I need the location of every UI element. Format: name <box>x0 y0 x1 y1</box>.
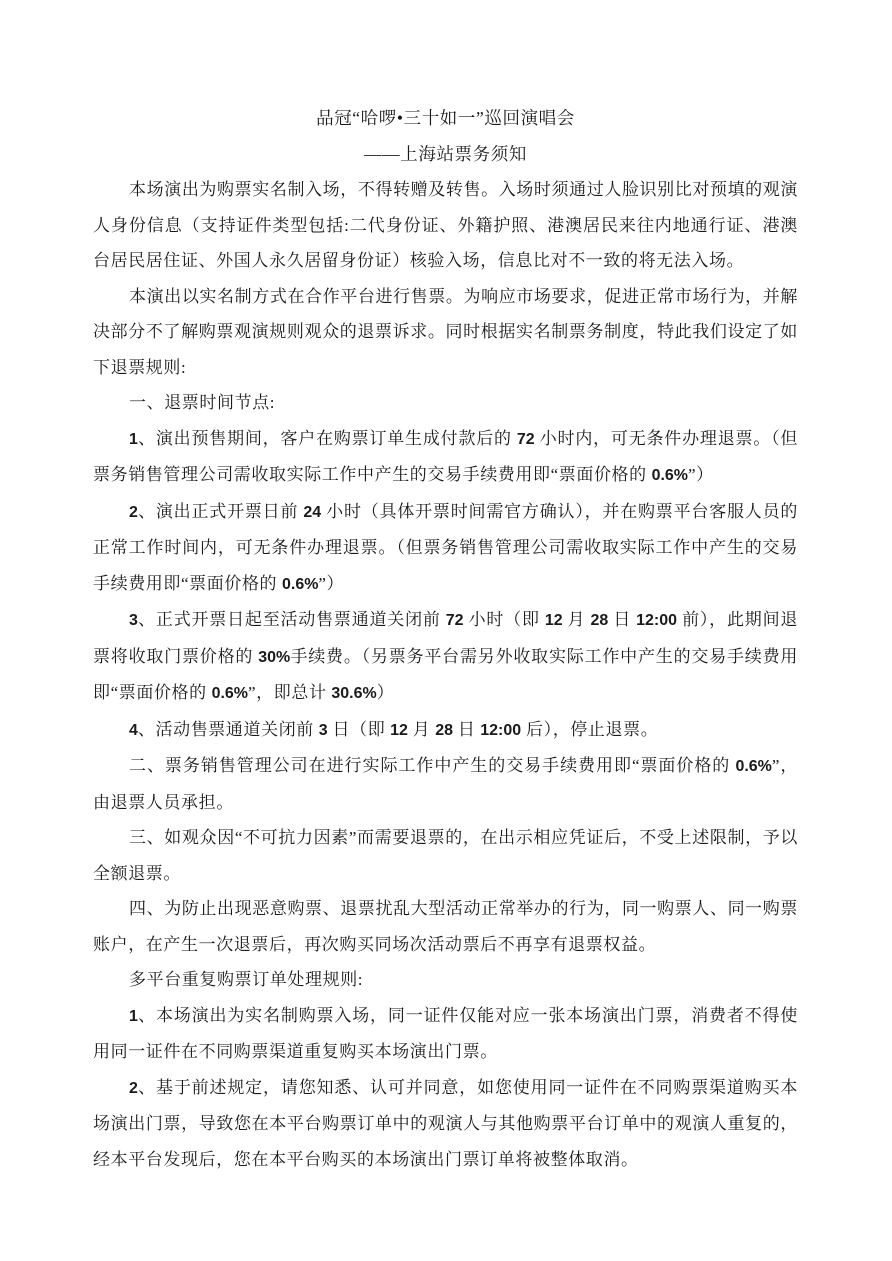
rule-3-30-percent-fee: 3、正式开票日起至活动售票通道关闭前 72 小时（即 12 月 28 日 12:… <box>93 602 798 712</box>
rule-4-refund-stop: 4、活动售票通道关闭前 3 日（即 12 月 28 日 12:00 后），停止退… <box>93 712 798 749</box>
clause-3-force-majeure: 三、如观众因“不可抗力因素”而需要退票的，在出示相应凭证后，不受上述限制，予以全… <box>93 820 798 891</box>
document-subtitle: ——上海站票务须知 <box>93 137 798 173</box>
document-page: 品冠“哈啰•三十如一”巡回演唱会 ——上海站票务须知 本场演出为购票实名制入场，… <box>0 0 892 1261</box>
heading-multi-platform-rules: 多平台重复购票订单处理规则: <box>93 962 798 998</box>
document-title: 品冠“哈啰•三十如一”巡回演唱会 <box>93 101 798 137</box>
rule-2-before-ticketing-24h: 2、演出正式开票日前 24 小时（具体开票时间需官方确认），并在购票平台客服人员… <box>93 494 798 603</box>
clause-2-transaction-fee: 二、票务销售管理公司在进行实际工作中产生的交易手续费用即“票面价格的 0.6%”… <box>93 748 798 820</box>
rule-1-presale-72h-refund: 1、演出预售期间，客户在购票订单生成付款后的 72 小时内，可无条件办理退票。（… <box>93 421 798 494</box>
clause-4-malicious-refund: 四、为防止出现恶意购票、退票扰乱大型活动正常举办的行为，同一购票人、同一购票账户… <box>93 891 798 962</box>
para-refund-policy-intro: 本演出以实名制方式在合作平台进行售票。为响应市场要求，促进正常市场行为，并解决部… <box>93 279 798 386</box>
para-realname-entry: 本场演出为购票实名制入场，不得转赠及转售。入场时须通过人脸识别比对预填的观演人身… <box>93 172 798 279</box>
mp-rule-1-one-id-one-ticket: 1、本场演出为实名制购票入场，同一证件仅能对应一张本场演出门票，消费者不得使用同… <box>93 998 798 1070</box>
heading-refund-timeline: 一、退票时间节点: <box>93 385 798 421</box>
mp-rule-2-duplicate-cancel: 2、基于前述规定，请您知悉、认可并同意，如您使用同一证件在不同购票渠道购买本场演… <box>93 1070 798 1178</box>
